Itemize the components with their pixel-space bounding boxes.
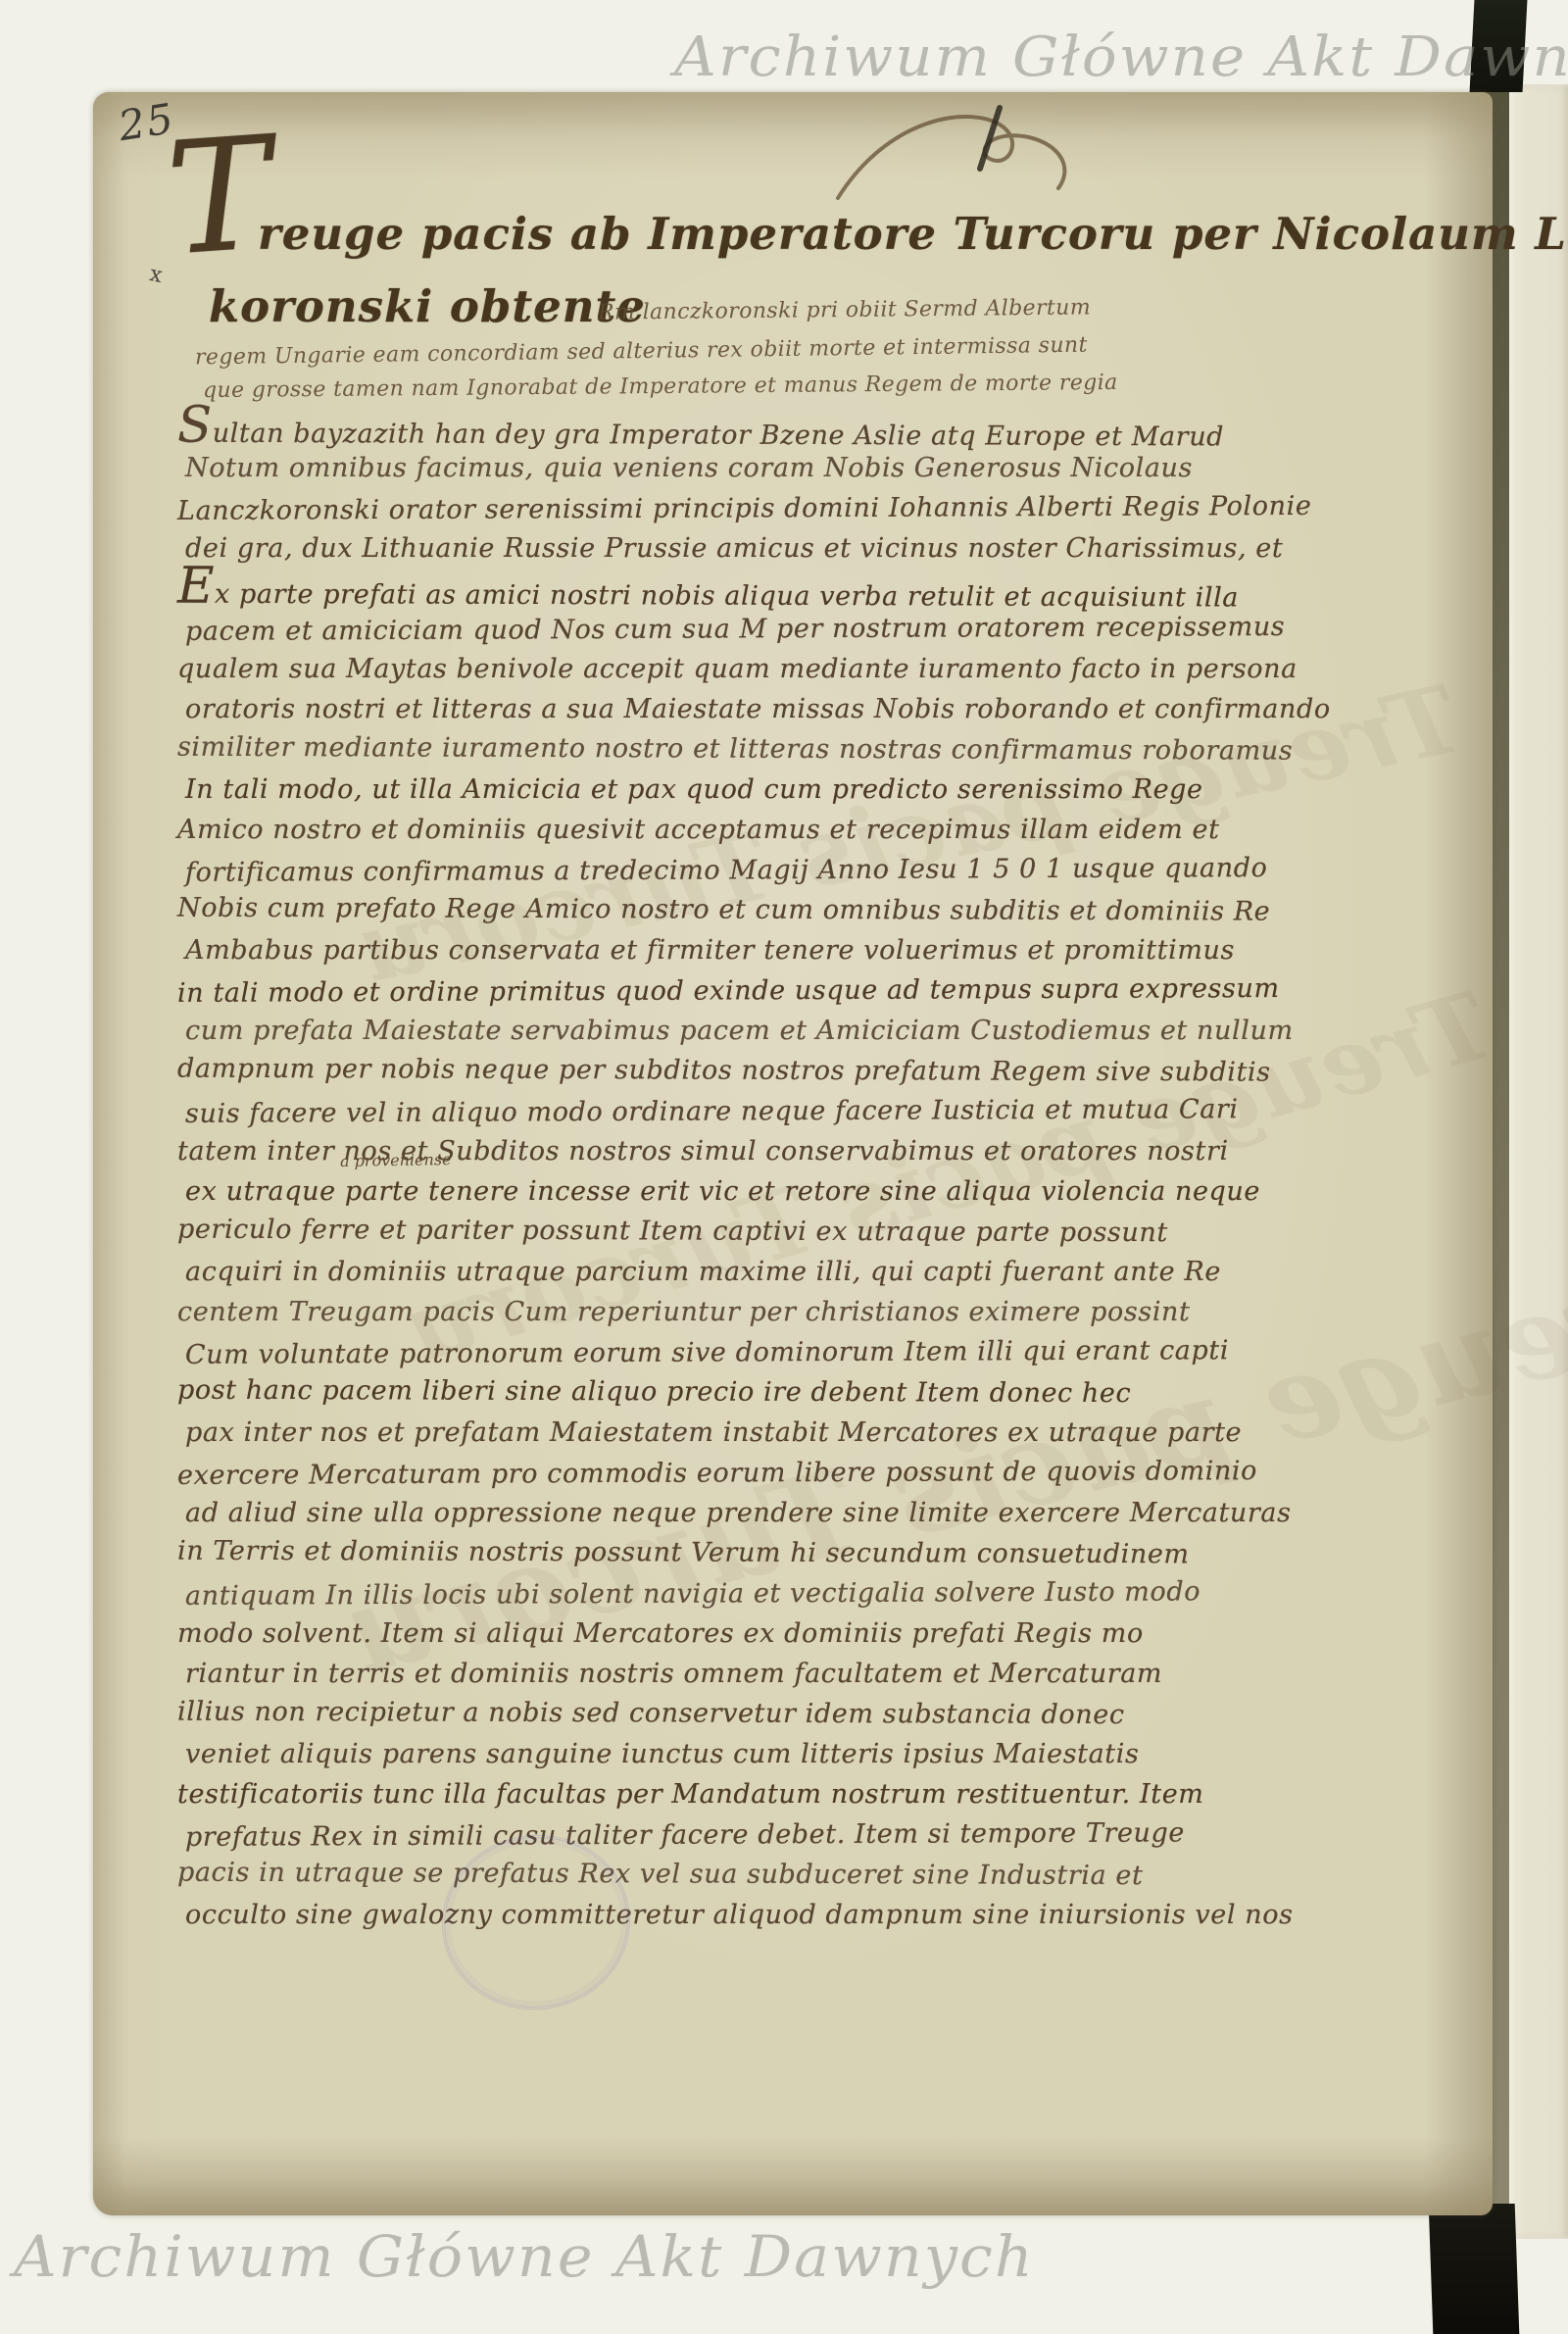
manuscript-line: testificatoriis tunc illa facultas per M…: [177, 1774, 1481, 1814]
manuscript-line: dampnum per nobis neque per subditos nos…: [177, 1049, 1481, 1094]
interlinear-annotation: regem Ungarie eam concordiam sed alteriu…: [195, 333, 1088, 371]
manuscript-line: pax inter nos et prefatam Maiestatem ins…: [185, 1413, 1481, 1453]
manuscript-line: similiter mediante iuramento nostro et l…: [177, 727, 1481, 772]
manuscript-line: in Terris et dominiis nostris possunt Ve…: [177, 1531, 1481, 1576]
manuscript-line: ad aliud sine ulla oppressione neque pre…: [185, 1493, 1481, 1533]
manuscript-line: periculo ferre et pariter possunt Item c…: [177, 1210, 1481, 1255]
manuscript-line: post hanc pacem liberi sine aliquo preci…: [177, 1370, 1481, 1415]
manuscript-line: prefatus Rex in simili casu taliter face…: [185, 1812, 1481, 1858]
manuscript-line: occulto sine gwalozny committeretur aliq…: [185, 1895, 1481, 1935]
manuscript-page: 25 x T reuge pacis ab Imperatore Turcoru…: [93, 92, 1493, 2215]
manuscript-line: ex utraque parte tenere incesse erit vic…: [185, 1171, 1481, 1212]
adjacent-page-edge: [1505, 84, 1568, 2239]
bookmark-ribbon-bottom: [1429, 2204, 1520, 2334]
margin-x-mark: x: [148, 262, 165, 288]
manuscript-line: Ex parte prefati as amici nostri nobis a…: [177, 567, 1481, 612]
manuscript-line: illius non recipietur a nobis sed conser…: [177, 1692, 1481, 1737]
manuscript-line: Notum omnibus facimus, quia veniens cora…: [185, 448, 1481, 488]
archive-watermark-bottom: Archiwum Główne Akt Dawnych: [14, 2223, 1035, 2290]
ink-flourish: [799, 100, 1093, 218]
manuscript-line: pacem et amiciciam quod Nos cum sua M pe…: [185, 606, 1481, 652]
manuscript-line: Sultan bayzazith han dey gra Imperator B…: [177, 406, 1481, 451]
manuscript-line: oratoris nostri et litteras a sua Maiest…: [185, 689, 1481, 729]
interline-insertion: a proveniense: [340, 1150, 452, 1170]
interlinear-annotation: que grosse tamen nam Ignorabat de Impera…: [203, 371, 1118, 403]
interlinear-annotation: Rm lanczkoronski pri obiit Sermd Albertu…: [598, 295, 1091, 324]
manuscript-line: acquiri in dominiis utraque parcium maxi…: [185, 1252, 1481, 1292]
manuscript-line: pacis in utraque se prefatus Rex vel sua…: [177, 1853, 1481, 1898]
manuscript-line: Ambabus partibus conservata et firmiter …: [185, 930, 1481, 970]
manuscript-line: cum prefata Maiestate servabimus pacem e…: [185, 1011, 1481, 1051]
manuscript-line: In tali modo, ut illa Amicicia et pax qu…: [185, 770, 1481, 810]
archive-watermark-top: Archiwum Główne Akt Dawnych: [674, 25, 1568, 89]
manuscript-line: Nobis cum prefato Rege Amico nostro et c…: [177, 888, 1481, 933]
manuscript-line: centem Treugam pacis Cum reperiuntur per…: [177, 1292, 1481, 1332]
heading-line-2: koronski obtente: [209, 280, 646, 332]
manuscript-line: dei gra, dux Lithuanie Russie Prussie am…: [185, 528, 1481, 569]
manuscript-line: Amico nostro et dominiis quesivit accept…: [177, 810, 1481, 850]
manuscript-line: suis facere vel in aliquo modo ordinare …: [185, 1088, 1481, 1134]
manuscript-line: Cum voluntate patronorum eorum sive domi…: [185, 1329, 1481, 1375]
manuscript-line: antiquam In illis locis ubi solent navig…: [185, 1570, 1481, 1616]
manuscript-line: modo solvent. Item si aliqui Mercatores …: [177, 1614, 1481, 1654]
manuscript-line: riantur in terris et dominiis nostris om…: [185, 1654, 1481, 1694]
manuscript-line: fortificamus confirmamus a tredecimo Mag…: [185, 847, 1481, 893]
manuscript-body: Sultan bayzazith han dey gra Imperator B…: [177, 408, 1481, 1935]
manuscript-line: veniet aliquis parens sanguine iunctus c…: [185, 1734, 1481, 1774]
archive-scan: { "watermark": { "text": "Archiwum Główn…: [0, 0, 1568, 2334]
manuscript-line: exercere Mercaturam pro commodis eorum l…: [177, 1450, 1481, 1496]
manuscript-line: qualem sua Maytas benivole accepit quam …: [177, 649, 1481, 689]
heading-line-1: reuge pacis ab Imperatore Turcoru per Ni…: [258, 208, 1568, 260]
manuscript-line: Lanczkoronski orator serenissimi princip…: [177, 485, 1481, 531]
manuscript-line: in tali modo et ordine primitus quod exi…: [177, 968, 1481, 1014]
